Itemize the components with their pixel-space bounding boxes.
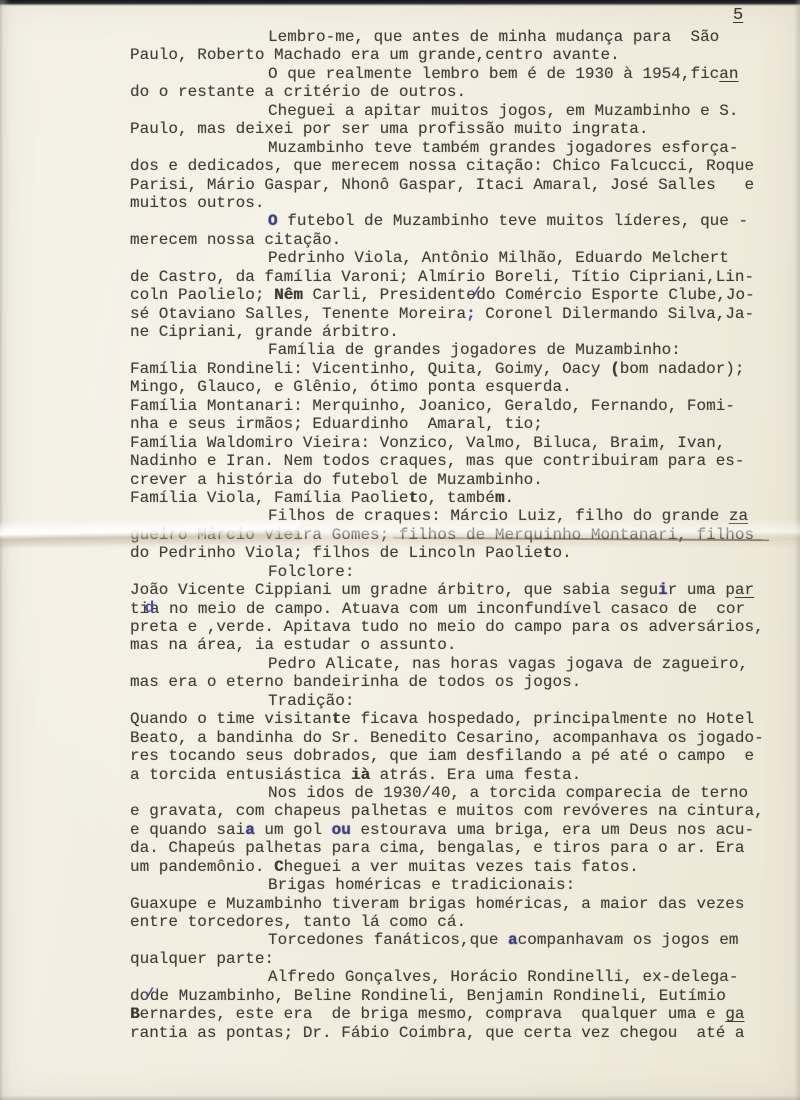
- typed-text-segment: do Pedrinho Viola; filhos de Lincoln Pao…: [130, 544, 543, 562]
- typed-line: dos e dedicados, que merecem nossa citaç…: [0, 157, 800, 175]
- typed-line: ne Cipriani, grande árbitro.: [0, 323, 800, 341]
- typed-line: gueiro Márcio Vieira Gomes; filhos de Me…: [0, 526, 800, 544]
- typed-text-segment: Torcedones fanáticos,que: [268, 931, 508, 949]
- typed-text-segment: merecem nossa citação.: [130, 231, 341, 249]
- typed-text-segment: ga: [725, 1005, 744, 1023]
- typed-text-segment: res tocando seus dobrados, que iam desfi…: [130, 747, 754, 765]
- typed-text-segment: Nêm: [274, 286, 303, 304]
- typed-text-segment: Cheguei a apitar muitos jogos, em Muzamb…: [268, 102, 738, 120]
- typed-text-segment: Mingo, Glauco, e Glênio, ótimo ponta esq…: [130, 378, 572, 396]
- typed-text-segment: a no meio de campo. Atuava com um inconf…: [150, 600, 745, 618]
- typed-text-segment: Família Rondineli: Vicentinho, Quita, Go…: [130, 360, 610, 378]
- typed-text-segment: an: [719, 65, 738, 83]
- typed-line: O futebol de Muzambinho teve muitos líde…: [0, 212, 800, 230]
- typed-line: muitos outros.: [0, 194, 800, 212]
- typed-line: rantia as pontas; Dr. Fábio Coimbra, que…: [0, 1024, 800, 1042]
- typed-text-segment: t: [408, 489, 418, 507]
- typed-text-segment: B: [130, 1005, 140, 1023]
- typed-text-segment: C: [274, 858, 284, 876]
- typed-line: res tocando seus dobrados, que iam desfi…: [0, 747, 800, 765]
- typed-text-segment: ernardes, este era de briga mesmo, compr…: [140, 1005, 726, 1023]
- typed-line: mas na área, ia estudar o assunto.: [0, 636, 800, 654]
- typed-line: Muzambinho teve também grandes jogadores…: [0, 139, 800, 157]
- typed-text-segment: i: [658, 581, 668, 599]
- typed-line: Tradição:: [0, 692, 800, 710]
- typed-line: Família Rondineli: Vicentinho, Quita, Go…: [0, 360, 800, 378]
- typed-text: Lembro-me, que antes de minha mudança pa…: [0, 28, 800, 1042]
- typed-text-segment: um gol: [255, 821, 332, 839]
- typed-line: a torcida entusiástica ià atrás. Era uma…: [0, 766, 800, 784]
- typed-text-segment: crever a história do futebol de Muzambin…: [130, 471, 543, 489]
- typed-text-segment: a: [245, 821, 255, 839]
- typed-text-segment: sé Otaviano Salles, Tenente Moreira: [130, 305, 466, 323]
- typed-text-segment: nha e seus irmãos; Eduardinho Amaral, ti…: [130, 415, 543, 433]
- typed-line: nha e seus irmãos; Eduardinho Amaral, ti…: [0, 415, 800, 433]
- typed-line: Pedro Alicate, nas horas vagas jogava de…: [0, 655, 800, 673]
- typed-text-segment: ;: [466, 305, 476, 323]
- typed-text-segment: Muzambinho teve também grandes jogadores…: [268, 139, 738, 157]
- typed-line: Beato, a bandinha do Sr. Benedito Cesari…: [0, 729, 800, 747]
- typed-text-segment: a: [508, 931, 518, 949]
- typed-text-segment: t: [332, 710, 342, 728]
- typed-text-segment: ne Cipriani, grande árbitro.: [130, 323, 399, 341]
- typed-line: Bernardes, este era de briga mesmo, comp…: [0, 1005, 800, 1023]
- typed-line: Torcedones fanáticos,que acompanhavam os…: [0, 931, 800, 949]
- typed-text-segment: ar: [735, 581, 754, 599]
- typed-text-segment: Quando o time visitan: [130, 710, 332, 728]
- handwritten-ink-mark: /: [471, 285, 481, 303]
- typed-text-segment: o, també: [418, 489, 495, 507]
- typed-text-segment: Nadinho e Iran. Nem todos craques, mas q…: [130, 452, 745, 470]
- typed-line: Brigas homéricas e tradicionais:: [0, 876, 800, 894]
- typed-text-segment: dos e dedicados, que merecem nossa citaç…: [130, 157, 754, 175]
- typed-line: Folclore:: [0, 563, 800, 581]
- page-number: 5: [733, 6, 743, 25]
- typed-text-segment: coln Paolielo;: [130, 286, 274, 304]
- typed-line: Família Waldomiro Vieira: Vonzico, Valmo…: [0, 434, 800, 452]
- typed-text-segment: .: [504, 489, 514, 507]
- typed-text-segment: Paulo, Roberto Machado era um grande,cen…: [130, 46, 620, 64]
- typed-line: Família Viola, Família Paolieto, também.: [0, 489, 800, 507]
- typed-line: Parisi, Mário Gaspar, Nhonô Gaspar, Itac…: [0, 176, 800, 194]
- typed-text-segment: de Castro, da família Varoni; Almírio Bo…: [130, 268, 754, 286]
- typed-line: Alfredo Gonçalves, Horácio Rondinelli, e…: [0, 968, 800, 986]
- typed-line: de Castro, da família Varoni; Almírio Bo…: [0, 268, 800, 286]
- typed-text-segment: Nos idos de 1930/40, a torcida compareci…: [268, 784, 748, 802]
- typed-text-segment: da. Chapeús palhetas para cima, bengalas…: [130, 839, 745, 857]
- typed-text-segment: Lembro-me, que antes de minha mudança pa…: [268, 28, 719, 46]
- typed-text-segment: Alfredo Gonçalves, Horácio Rondinelli, e…: [268, 968, 738, 986]
- handwritten-ink-mark: d: [145, 599, 155, 617]
- typed-line: do o restante a critério de outros.: [0, 83, 800, 101]
- typed-line: Filhos de craques: Márcio Luiz, filho do…: [0, 507, 800, 525]
- typed-line: do/de Muzambinho, Beline Rondineli, Benj…: [0, 987, 800, 1005]
- typed-line: Pedrinho Viola, Antônio Milhão, Eduardo …: [0, 249, 800, 267]
- typed-text-segment: atrás. Era uma festa.: [370, 766, 581, 784]
- typed-text-segment: Parisi, Mário Gaspar, Nhonô Gaspar, Itac…: [130, 176, 754, 194]
- typed-line: Família de grandes jogadores de Muzambin…: [0, 341, 800, 359]
- typed-text-segment: do Comércio Esporte Clube,Jo-: [476, 286, 754, 304]
- typed-text-segment: Beato, a bandinha do Sr. Benedito Cesari…: [130, 729, 764, 747]
- typed-text-segment: Folclore:: [268, 563, 354, 581]
- typed-text-segment: Família de grandes jogadores de Muzambin…: [268, 341, 681, 359]
- typed-line: do Pedrinho Viola; filhos de Lincoln Pao…: [0, 544, 800, 562]
- typed-line: mas era o eterno bandeirinha de todos os…: [0, 673, 800, 691]
- typed-text-segment: (: [610, 360, 620, 378]
- typed-text-segment: Guaxupe e Muzambinho tiveram brigas homé…: [130, 895, 745, 913]
- typed-line: Quando o time visitante ficava hospedado…: [0, 710, 800, 728]
- typed-text-segment: O: [268, 212, 278, 230]
- typed-line: merecem nossa citação.: [0, 231, 800, 249]
- typed-text-segment: Tradição:: [268, 692, 354, 710]
- typed-text-segment: O que realmente lembro bem é de 1930 à 1…: [268, 65, 719, 83]
- typed-text-segment: ou: [332, 821, 351, 839]
- typed-text-segment: r uma p: [668, 581, 735, 599]
- typed-text-segment: Coronel Dilermando Silva,Ja-: [476, 305, 754, 323]
- typed-line: e gravata, com chapeus palhetas e muitos…: [0, 802, 800, 820]
- typed-text-segment: mas na área, ia estudar o assunto.: [130, 636, 456, 654]
- typed-text-segment: bom nadador);: [620, 360, 745, 378]
- typed-line: Nadinho e Iran. Nem todos craques, mas q…: [0, 452, 800, 470]
- typed-line: João Vicente Cippiani um gradne árbitro,…: [0, 581, 800, 599]
- typed-text-segment: Carli, Presidente: [303, 286, 476, 304]
- typed-line: Lembro-me, que antes de minha mudança pa…: [0, 28, 800, 46]
- typed-text-segment: o.: [552, 544, 571, 562]
- typed-line: Paulo, Roberto Machado era um grande,cen…: [0, 46, 800, 64]
- typed-line: um pandemônio. Cheguei a ver muitas veze…: [0, 858, 800, 876]
- typed-text-segment: João Vicente Cippiani um gradne árbitro,…: [130, 581, 658, 599]
- typed-text-segment: Paulo, mas deixei por ser uma profissão …: [130, 120, 648, 138]
- typed-text-segment: futebol de Muzambinho teve muitos lídere…: [278, 212, 748, 230]
- scanner-edge-top: [0, 0, 800, 6]
- typed-text-segment: muitos outros.: [130, 194, 264, 212]
- typed-line: Guaxupe e Muzambinho tiveram brigas homé…: [0, 895, 800, 913]
- typed-line: Paulo, mas deixei por ser uma profissão …: [0, 120, 800, 138]
- typed-text-segment: estourava uma briga, era um Deus nos acu…: [351, 821, 754, 839]
- typed-line: Família Montanari: Merquinho, Joanico, G…: [0, 397, 800, 415]
- typed-line: e quando saia um gol ou estourava uma br…: [0, 821, 800, 839]
- typed-text-segment: a torcida entusiástica: [130, 766, 351, 784]
- scanned-document-page: 5 Lembro-me, que antes de minha mudança …: [0, 0, 800, 1100]
- typed-text-segment: mas era o eterno bandeirinha de todos os…: [130, 673, 581, 691]
- typed-line: da. Chapeús palhetas para cima, bengalas…: [0, 839, 800, 857]
- typed-text-segment: do o restante a critério de outros.: [130, 83, 466, 101]
- typed-text-segment: gueiro Márcio Vieira Gomes; filhos de Me…: [130, 526, 754, 544]
- typed-text-segment: Brigas homéricas e tradicionais:: [268, 876, 575, 894]
- typed-line: crever a história do futebol de Muzambin…: [0, 471, 800, 489]
- scanner-edge-bottom: [0, 1095, 800, 1100]
- typed-text-segment: e gravata, com chapeus palhetas e muitos…: [130, 802, 764, 820]
- typed-line: entre torcedores, tanto lá como cá.: [0, 913, 800, 931]
- typed-text-segment: heguei a ver muitas vezes tais fatos.: [284, 858, 639, 876]
- typed-text-segment: qualquer parte:: [130, 950, 274, 968]
- typed-text-segment: Pedro Alicate, nas horas vagas jogava de…: [268, 655, 748, 673]
- typed-text-segment: Família Waldomiro Vieira: Vonzico, Valmo…: [130, 434, 725, 452]
- handwritten-ink-mark: /: [145, 986, 155, 1004]
- typed-text-segment: Família Viola, Família Paolie: [130, 489, 408, 507]
- typed-text-segment: um pandemônio.: [130, 858, 274, 876]
- typed-text-segment: Família Montanari: Merquinho, Joanico, G…: [130, 397, 735, 415]
- typed-line: sé Otaviano Salles, Tenente Moreira; Cor…: [0, 305, 800, 323]
- typed-line: Cheguei a apitar muitos jogos, em Muzamb…: [0, 102, 800, 120]
- typed-text-segment: preta e ,verde. Apitava tudo no meio do …: [130, 618, 764, 636]
- typed-text-segment: rantia as pontas; Dr. Fábio Coimbra, que…: [130, 1024, 745, 1042]
- typed-text-segment: companhavam os jogos em: [518, 931, 739, 949]
- typed-line: qualquer parte:: [0, 950, 800, 968]
- typed-line: Mingo, Glauco, e Glênio, ótimo ponta esq…: [0, 378, 800, 396]
- typed-text-segment: entre torcedores, tanto lá como cá.: [130, 913, 466, 931]
- typed-text-segment: e quando sai: [130, 821, 245, 839]
- typed-line: tida no meio de campo. Atuava com um inc…: [0, 600, 800, 618]
- typed-line: preta e ,verde. Apitava tudo no meio do …: [0, 618, 800, 636]
- typed-text-segment: e ficava hospedado, principalmente no Ho…: [341, 710, 754, 728]
- typed-line: coln Paolielo; Nêm Carli, Presidente/do …: [0, 286, 800, 304]
- typed-text-segment: Filhos de craques: Márcio Luiz, filho do…: [268, 507, 729, 525]
- typed-text-segment: Pedrinho Viola, Antônio Milhão, Eduardo …: [268, 249, 729, 267]
- typed-line: O que realmente lembro bem é de 1930 à 1…: [0, 65, 800, 83]
- typed-text-segment: de Muzambinho, Beline Rondineli, Benjami…: [150, 987, 726, 1005]
- typed-line: Nos idos de 1930/40, a torcida compareci…: [0, 784, 800, 802]
- typed-text-segment: za: [729, 507, 748, 525]
- typed-text-segment: ià: [351, 766, 370, 784]
